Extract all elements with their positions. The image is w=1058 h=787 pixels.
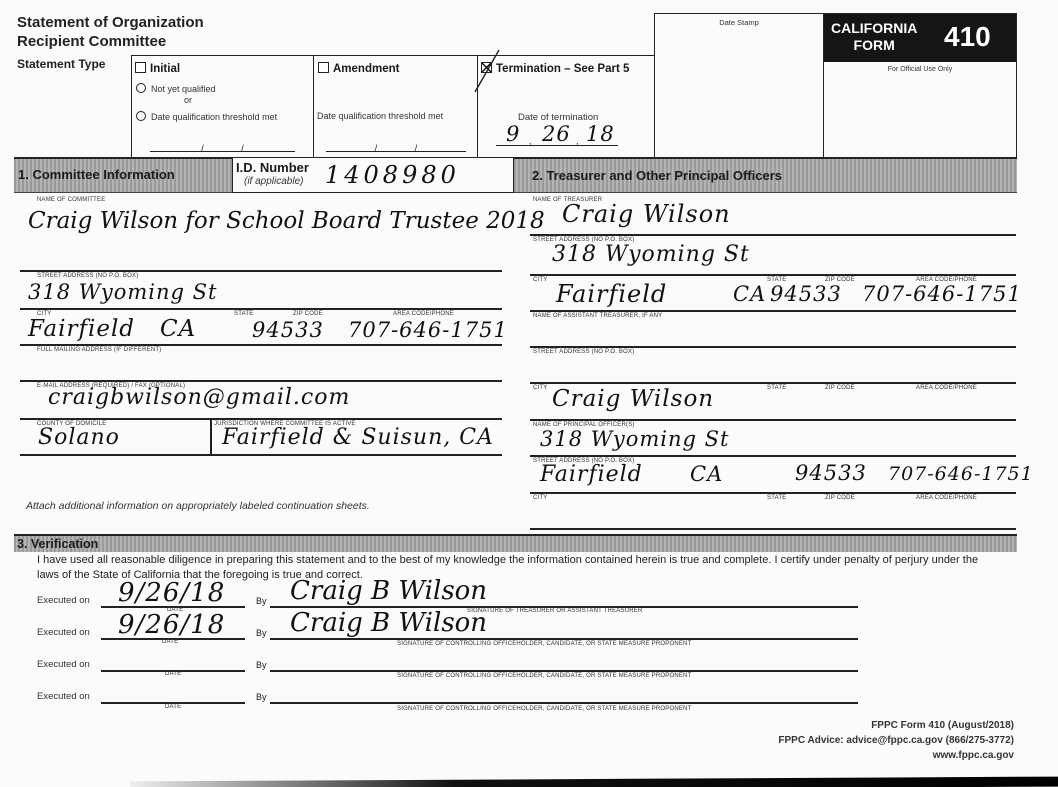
by-label: By — [256, 660, 267, 670]
mailing-value[interactable] — [37, 354, 497, 380]
section2-header: 2. Treasurer and Other Principal Officer… — [514, 157, 1017, 193]
treasurer-zip-value[interactable]: 94533 — [770, 282, 842, 306]
principal-city-label: City — [533, 495, 547, 501]
fppc-website[interactable]: www.fppc.ca.gov — [778, 748, 1014, 763]
or-label: or — [184, 95, 192, 105]
form-version: FPPC Form 410 (August/2018) — [778, 718, 1014, 733]
official-use-label: For Official Use Only — [824, 66, 1016, 73]
amendment-date-field[interactable]: / / — [326, 144, 466, 152]
email-value[interactable]: craigbwilson@gmail.com — [48, 385, 350, 410]
state-label: State — [234, 311, 253, 317]
zip-label: Zip Code — [293, 311, 323, 317]
executed-date-value[interactable] — [101, 682, 245, 702]
signature-value[interactable] — [270, 650, 858, 670]
assistant-state-label: State — [767, 385, 786, 391]
amendment-box: Amendment Date qualification threshold m… — [313, 55, 478, 158]
date-label: Date — [165, 704, 181, 710]
principal-street-value[interactable]: Fairfield — [540, 462, 643, 487]
initial-label: Initial — [150, 63, 180, 75]
committee-name-label: Name of Committee — [37, 197, 105, 203]
assistant-street-label: Street Address (No P.O. Box) — [533, 349, 634, 355]
assistant-zip-label: Zip Code — [825, 385, 855, 391]
committee-name-value[interactable]: Craig Wilson for School Board Trustee 20… — [28, 208, 545, 234]
not-qualified-radio[interactable] — [136, 83, 146, 93]
principal-phone-label: Area Code/Phone — [916, 495, 977, 501]
phone-label: Area Code/Phone — [393, 311, 454, 317]
phone-value[interactable]: 707-646-1751 — [348, 318, 508, 342]
street-value[interactable]: 318 Wyoming St — [28, 280, 218, 304]
principal-state-value[interactable]: CA — [690, 462, 723, 486]
verification-row: Executed on Date By Signature of Control… — [0, 682, 1058, 710]
treasurer-name-value[interactable]: Craig Wilson — [562, 200, 731, 228]
initial-date-field[interactable]: / / — [150, 144, 295, 152]
principal-state-label: State — [767, 495, 786, 501]
id-number-sublabel: (if applicable) — [244, 176, 303, 187]
fppc-advice: FPPC Advice: advice@fppc.ca.gov (866/275… — [778, 733, 1014, 748]
form-title-line1: Statement of Organization — [17, 13, 204, 32]
principal-phone-value[interactable]: 707-646-1751 — [888, 463, 1034, 485]
verification-row: Executed on Date By Signature of Control… — [0, 650, 1058, 678]
principal-zip-value[interactable]: 94533 — [795, 461, 867, 485]
verification-row: Executed on 9/26/18 Date By Craig B Wils… — [0, 618, 1058, 646]
termination-box: Termination – See Part 5 Date of termina… — [477, 55, 655, 158]
initial-checkbox[interactable] — [135, 62, 146, 73]
assistant-street-value[interactable] — [533, 356, 1013, 380]
section1-header: 1. Committee Information — [14, 157, 232, 193]
form-badge: CALIFORNIA FORM 410 — [824, 14, 1016, 62]
not-qualified-label: Not yet qualified — [151, 84, 216, 94]
county-value[interactable]: Solano — [38, 425, 120, 450]
termination-month: 9 — [506, 122, 520, 146]
treasurer-city-value[interactable]: Fairfield — [556, 280, 667, 308]
section3-title: 3. Verification — [17, 537, 98, 551]
section3-header: 3. Verification — [14, 534, 1017, 552]
street-label: Street Address (No P.O. Box) — [37, 273, 138, 279]
form-title: Statement of Organization Recipient Comm… — [17, 13, 204, 51]
id-number-box: I.D. Number (if applicable) 1408980 — [232, 157, 514, 193]
badge-number: 410 — [944, 21, 991, 53]
attach-note: Attach additional information on appropr… — [26, 500, 370, 512]
date-label: Date — [165, 671, 181, 677]
footer: FPPC Form 410 (August/2018) FPPC Advice:… — [778, 718, 1014, 763]
date-met-label: Date qualification threshold met — [151, 112, 277, 122]
by-label: By — [256, 628, 267, 638]
treasurer-city-label: City — [533, 277, 547, 283]
initial-box: Initial Not yet qualified or Date qualif… — [131, 55, 314, 158]
signature-label: Signature of Treasurer or Assistant Trea… — [467, 608, 642, 614]
by-label: By — [256, 596, 267, 606]
assistant-phone-label: Area Code/Phone — [916, 385, 977, 391]
id-number-label: I.D. Number — [236, 160, 309, 175]
executed-date-value[interactable] — [101, 650, 245, 670]
signature-value[interactable] — [270, 682, 858, 702]
pen-stroke-icon — [472, 48, 502, 96]
amendment-checkbox[interactable] — [318, 62, 329, 73]
signature-label: Signature of Controlling Officeholder, C… — [397, 706, 691, 712]
section2-title: 2. Treasurer and Other Principal Officer… — [532, 168, 782, 183]
assistant-city-label: City — [533, 385, 547, 391]
jurisdiction-value[interactable]: Fairfield & Suisun, CA — [222, 425, 494, 450]
executed-date-value[interactable]: 9/26/18 — [118, 610, 225, 640]
official-use-box: CALIFORNIA FORM 410 For Official Use Onl… — [823, 13, 1017, 158]
termination-date-field[interactable]: 9 , 26 , 18 — [496, 122, 618, 146]
badge-state: CALIFORNIA — [831, 20, 917, 37]
mailing-label: Full Mailing Address (If Different) — [37, 347, 161, 353]
assistant-city-value[interactable]: Craig Wilson — [552, 386, 714, 412]
termination-label: Termination – See Part 5 — [496, 63, 629, 75]
treasurer-state-value[interactable]: CA — [733, 282, 766, 306]
treasurer-phone-value[interactable]: 707-646-1751 — [862, 282, 1022, 306]
termination-year: 18 — [586, 122, 615, 146]
principal-zip-label: Zip Code — [825, 495, 855, 501]
by-label: By — [256, 692, 267, 702]
assistant-name-value[interactable] — [533, 320, 1013, 344]
form-title-line2: Recipient Committee — [17, 32, 204, 51]
state-value[interactable]: CA — [160, 316, 196, 342]
section1-title: 1. Committee Information — [18, 167, 175, 182]
amendment-label: Amendment — [333, 63, 399, 75]
date-stamp-label: Date Stamp — [655, 18, 823, 27]
signature-label: Signature of Controlling Officeholder, C… — [397, 673, 691, 679]
date-met-radio[interactable] — [136, 111, 146, 121]
executed-on-label: Executed on — [37, 659, 90, 670]
city-value[interactable]: Fairfield — [28, 316, 135, 342]
executed-on-label: Executed on — [37, 691, 90, 702]
signature-value[interactable]: Craig B Wilson — [290, 608, 487, 638]
statement-type-label: Statement Type — [17, 57, 105, 71]
scan-edge-shadow — [130, 777, 1058, 787]
executed-date-value[interactable]: 9/26/18 — [118, 578, 225, 608]
executed-on-label: Executed on — [37, 627, 90, 638]
badge-form: FORM — [831, 37, 917, 54]
executed-on-label: Executed on — [37, 595, 90, 606]
signature-label: Signature of Controlling Officeholder, C… — [397, 641, 691, 647]
id-number-value[interactable]: 1408980 — [325, 161, 460, 189]
amendment-date-label: Date qualification threshold met — [317, 111, 443, 121]
treasurer-street-value[interactable]: 318 Wyoming St — [552, 242, 750, 267]
signature-value[interactable]: Craig B Wilson — [290, 576, 487, 606]
zip-value[interactable]: 94533 — [252, 318, 324, 342]
date-label: Date — [162, 639, 178, 645]
termination-day: 26 — [542, 122, 571, 146]
principal-name-value[interactable]: 318 Wyoming St — [540, 427, 730, 451]
date-stamp-box: Date Stamp — [654, 13, 824, 158]
assistant-name-label: Name of Assistant Treasurer, If Any — [533, 313, 662, 319]
